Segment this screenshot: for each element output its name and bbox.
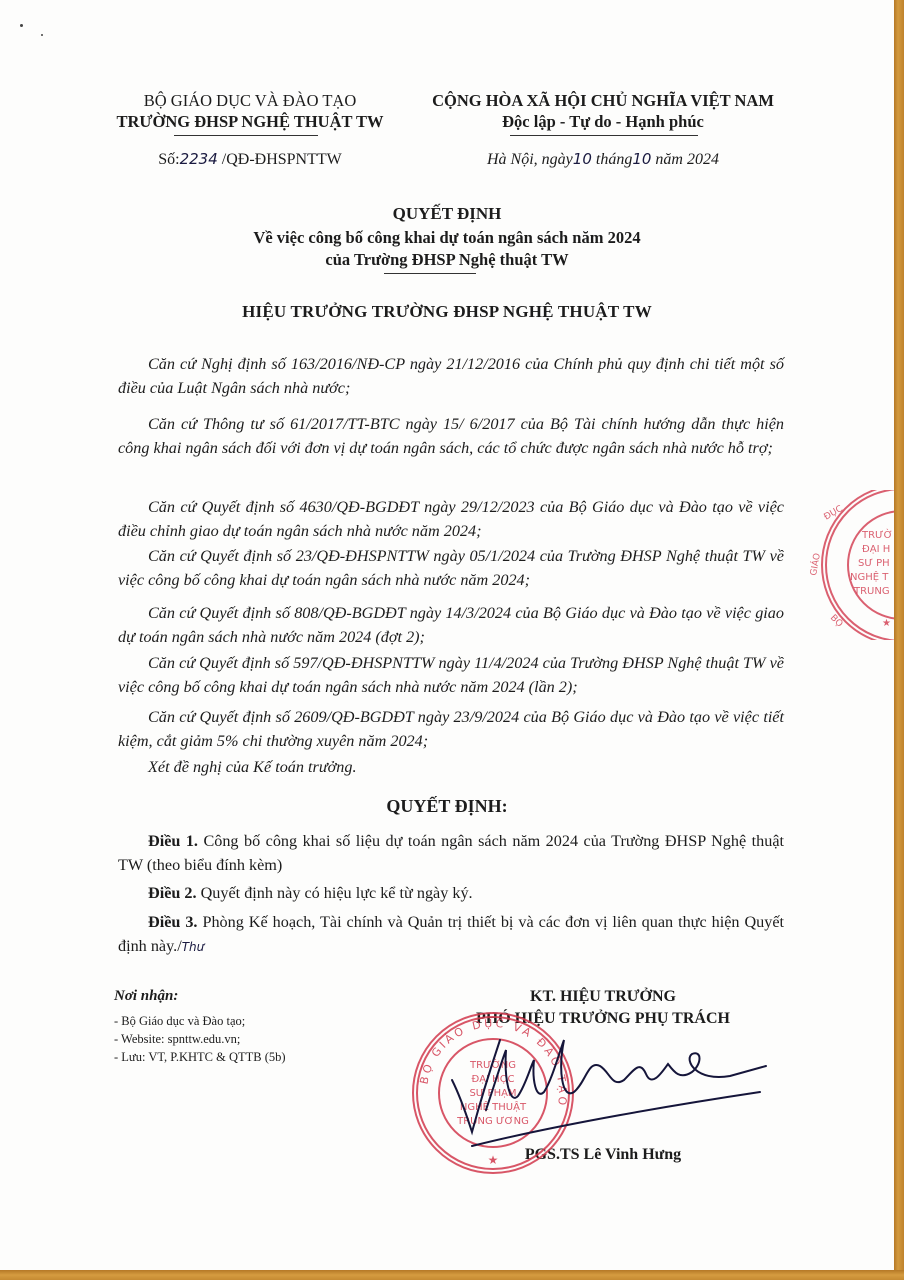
scan-speck [41, 34, 43, 36]
legal-basis: Căn cứ Quyết định số 808/QĐ-BGDĐT ngày 1… [118, 602, 784, 649]
article-2: Điều 2. Quyết định này có hiệu lực kể từ… [118, 882, 784, 906]
legal-basis: Căn cứ Quyết định số 4630/QĐ-BGDĐT ngày … [118, 496, 784, 543]
legal-basis: Căn cứ Quyết định số 597/QĐ-ĐHSPNTTW ngà… [118, 652, 784, 699]
article-label: Điều 1. [148, 832, 198, 850]
svg-text:ĐẠI H: ĐẠI H [862, 544, 890, 555]
svg-text:BỘ: BỘ [828, 612, 846, 630]
number-prefix: Số: [158, 151, 179, 168]
article-3: Điều 3. Phòng Kế hoạch, Tài chính và Quả… [118, 911, 784, 959]
background-wood-bottom [0, 1270, 904, 1280]
svg-text:GIÁO: GIÁO [807, 552, 823, 576]
number-suffix: /QĐ-ĐHSPNTTW [218, 151, 342, 168]
national-motto: Độc lập - Tự do - Hạnh phúc [418, 112, 788, 132]
stamp-outer-text: BỘ GIÁO DỤC VÀ ĐÀO TẠO [418, 1017, 570, 1109]
stamp-line: SƯ PHẠM [469, 1088, 516, 1099]
signature-title-1: KT. HIỆU TRƯỞNG [418, 988, 788, 1006]
legal-basis: Căn cứ Quyết định số 23/QĐ-ĐHSPNTTW ngày… [118, 545, 784, 592]
year-label: năm 2024 [651, 151, 719, 168]
document-title: QUYẾT ĐỊNH [0, 204, 894, 224]
initials-handwritten: Thư [182, 940, 205, 954]
country-name: CỘNG HÒA XÃ HỘI CHỦ NGHĨA VIỆT NAM [418, 91, 788, 111]
recipient-item: - Website: spnttw.edu.vn; [114, 1032, 240, 1047]
subject-line-1: Về việc công bố công khai dự toán ngân s… [0, 228, 894, 248]
handwritten-signature-icon [440, 1020, 770, 1160]
recipient-item: - Lưu: VT, P.KHTC & QTTB (5b) [114, 1050, 286, 1065]
svg-text:★: ★ [882, 618, 891, 629]
recipient-item: - Bộ Giáo dục và Đào tạo; [114, 1014, 245, 1029]
svg-text:NGHỆ T: NGHỆ T [850, 570, 889, 583]
stamp-line: NGHỆ THUẬT [460, 1100, 527, 1113]
recipients-title: Nơi nhận: [114, 988, 178, 1005]
decision-heading: QUYẾT ĐỊNH: [0, 796, 894, 817]
day-handwritten: 10 [573, 150, 592, 168]
document-number: Số:2234 /QĐ-ĐHSPNTTW [100, 150, 400, 169]
ministry-name: BỘ GIÁO DỤC VÀ ĐÀO TẠO [100, 91, 400, 111]
svg-text:SƯ PH: SƯ PH [858, 558, 890, 569]
signer-name: PGS.TS Lê Vinh Hưng [418, 1146, 788, 1164]
stamp-line: TRUNG ƯƠNG [456, 1116, 529, 1127]
stamp-line: ĐẠI HỌC [471, 1074, 514, 1085]
stamp-line: TRƯỜNG [469, 1058, 516, 1071]
partial-stamp-icon: TRƯỜ ĐẠI H SƯ PH NGHỆ T TRUNG ★ ĐỤC GIÁO… [800, 490, 894, 640]
svg-text:TRƯỜ: TRƯỜ [861, 528, 893, 541]
school-name: TRƯỜNG ĐHSP NGHỆ THUẬT TW [100, 112, 400, 132]
subject-line-2: của Trường ĐHSP Nghệ thuật TW [0, 250, 894, 270]
svg-text:TRUNG: TRUNG [853, 586, 890, 597]
document-page: BỘ GIÁO DỤC VÀ ĐÀO TẠO TRƯỜNG ĐHSP NGHỆ … [0, 0, 894, 1270]
number-handwritten: 2234 [180, 150, 218, 168]
legal-basis: Xét đề nghị của Kế toán trưởng. [118, 756, 784, 780]
place-prefix: Hà Nội, ngày [487, 151, 573, 168]
background-wood-right [894, 0, 904, 1280]
svg-text:BỘ GIÁO DỤC VÀ ĐÀO TẠO: BỘ GIÁO DỤC VÀ ĐÀO TẠO [418, 1017, 570, 1109]
legal-basis: Căn cứ Thông tư số 61/2017/TT-BTC ngày 1… [118, 413, 784, 460]
article-label: Điều 3. [148, 913, 197, 931]
legal-basis: Căn cứ Nghị định số 163/2016/NĐ-CP ngày … [118, 353, 784, 400]
scan-speck [20, 24, 23, 27]
place-date: Hà Nội, ngày10 tháng10 năm 2024 [418, 150, 788, 169]
article-text: Phòng Kế hoạch, Tài chính và Quản trị th… [118, 913, 784, 955]
month-handwritten: 10 [632, 150, 651, 168]
subject-underline [384, 273, 476, 274]
issuing-authority: HIỆU TRƯỞNG TRƯỜNG ĐHSP NGHỆ THUẬT TW [0, 302, 894, 322]
month-label: tháng [592, 151, 632, 168]
legal-basis: Căn cứ Quyết định số 2609/QĐ-BGDĐT ngày … [118, 706, 784, 753]
article-text: Quyết định này có hiệu lực kể từ ngày ký… [197, 884, 473, 902]
article-label: Điều 2. [148, 884, 197, 902]
svg-text:ĐỤC: ĐỤC [823, 504, 845, 523]
article-1: Điều 1. Công bố công khai số liệu dự toá… [118, 830, 784, 877]
header-right-underline [510, 135, 698, 136]
signature-title-2: PHÓ HIỆU TRƯỞNG PHỤ TRÁCH [418, 1010, 788, 1028]
header-left-underline [174, 135, 318, 136]
article-text: Công bố công khai số liệu dự toán ngân s… [118, 832, 784, 874]
